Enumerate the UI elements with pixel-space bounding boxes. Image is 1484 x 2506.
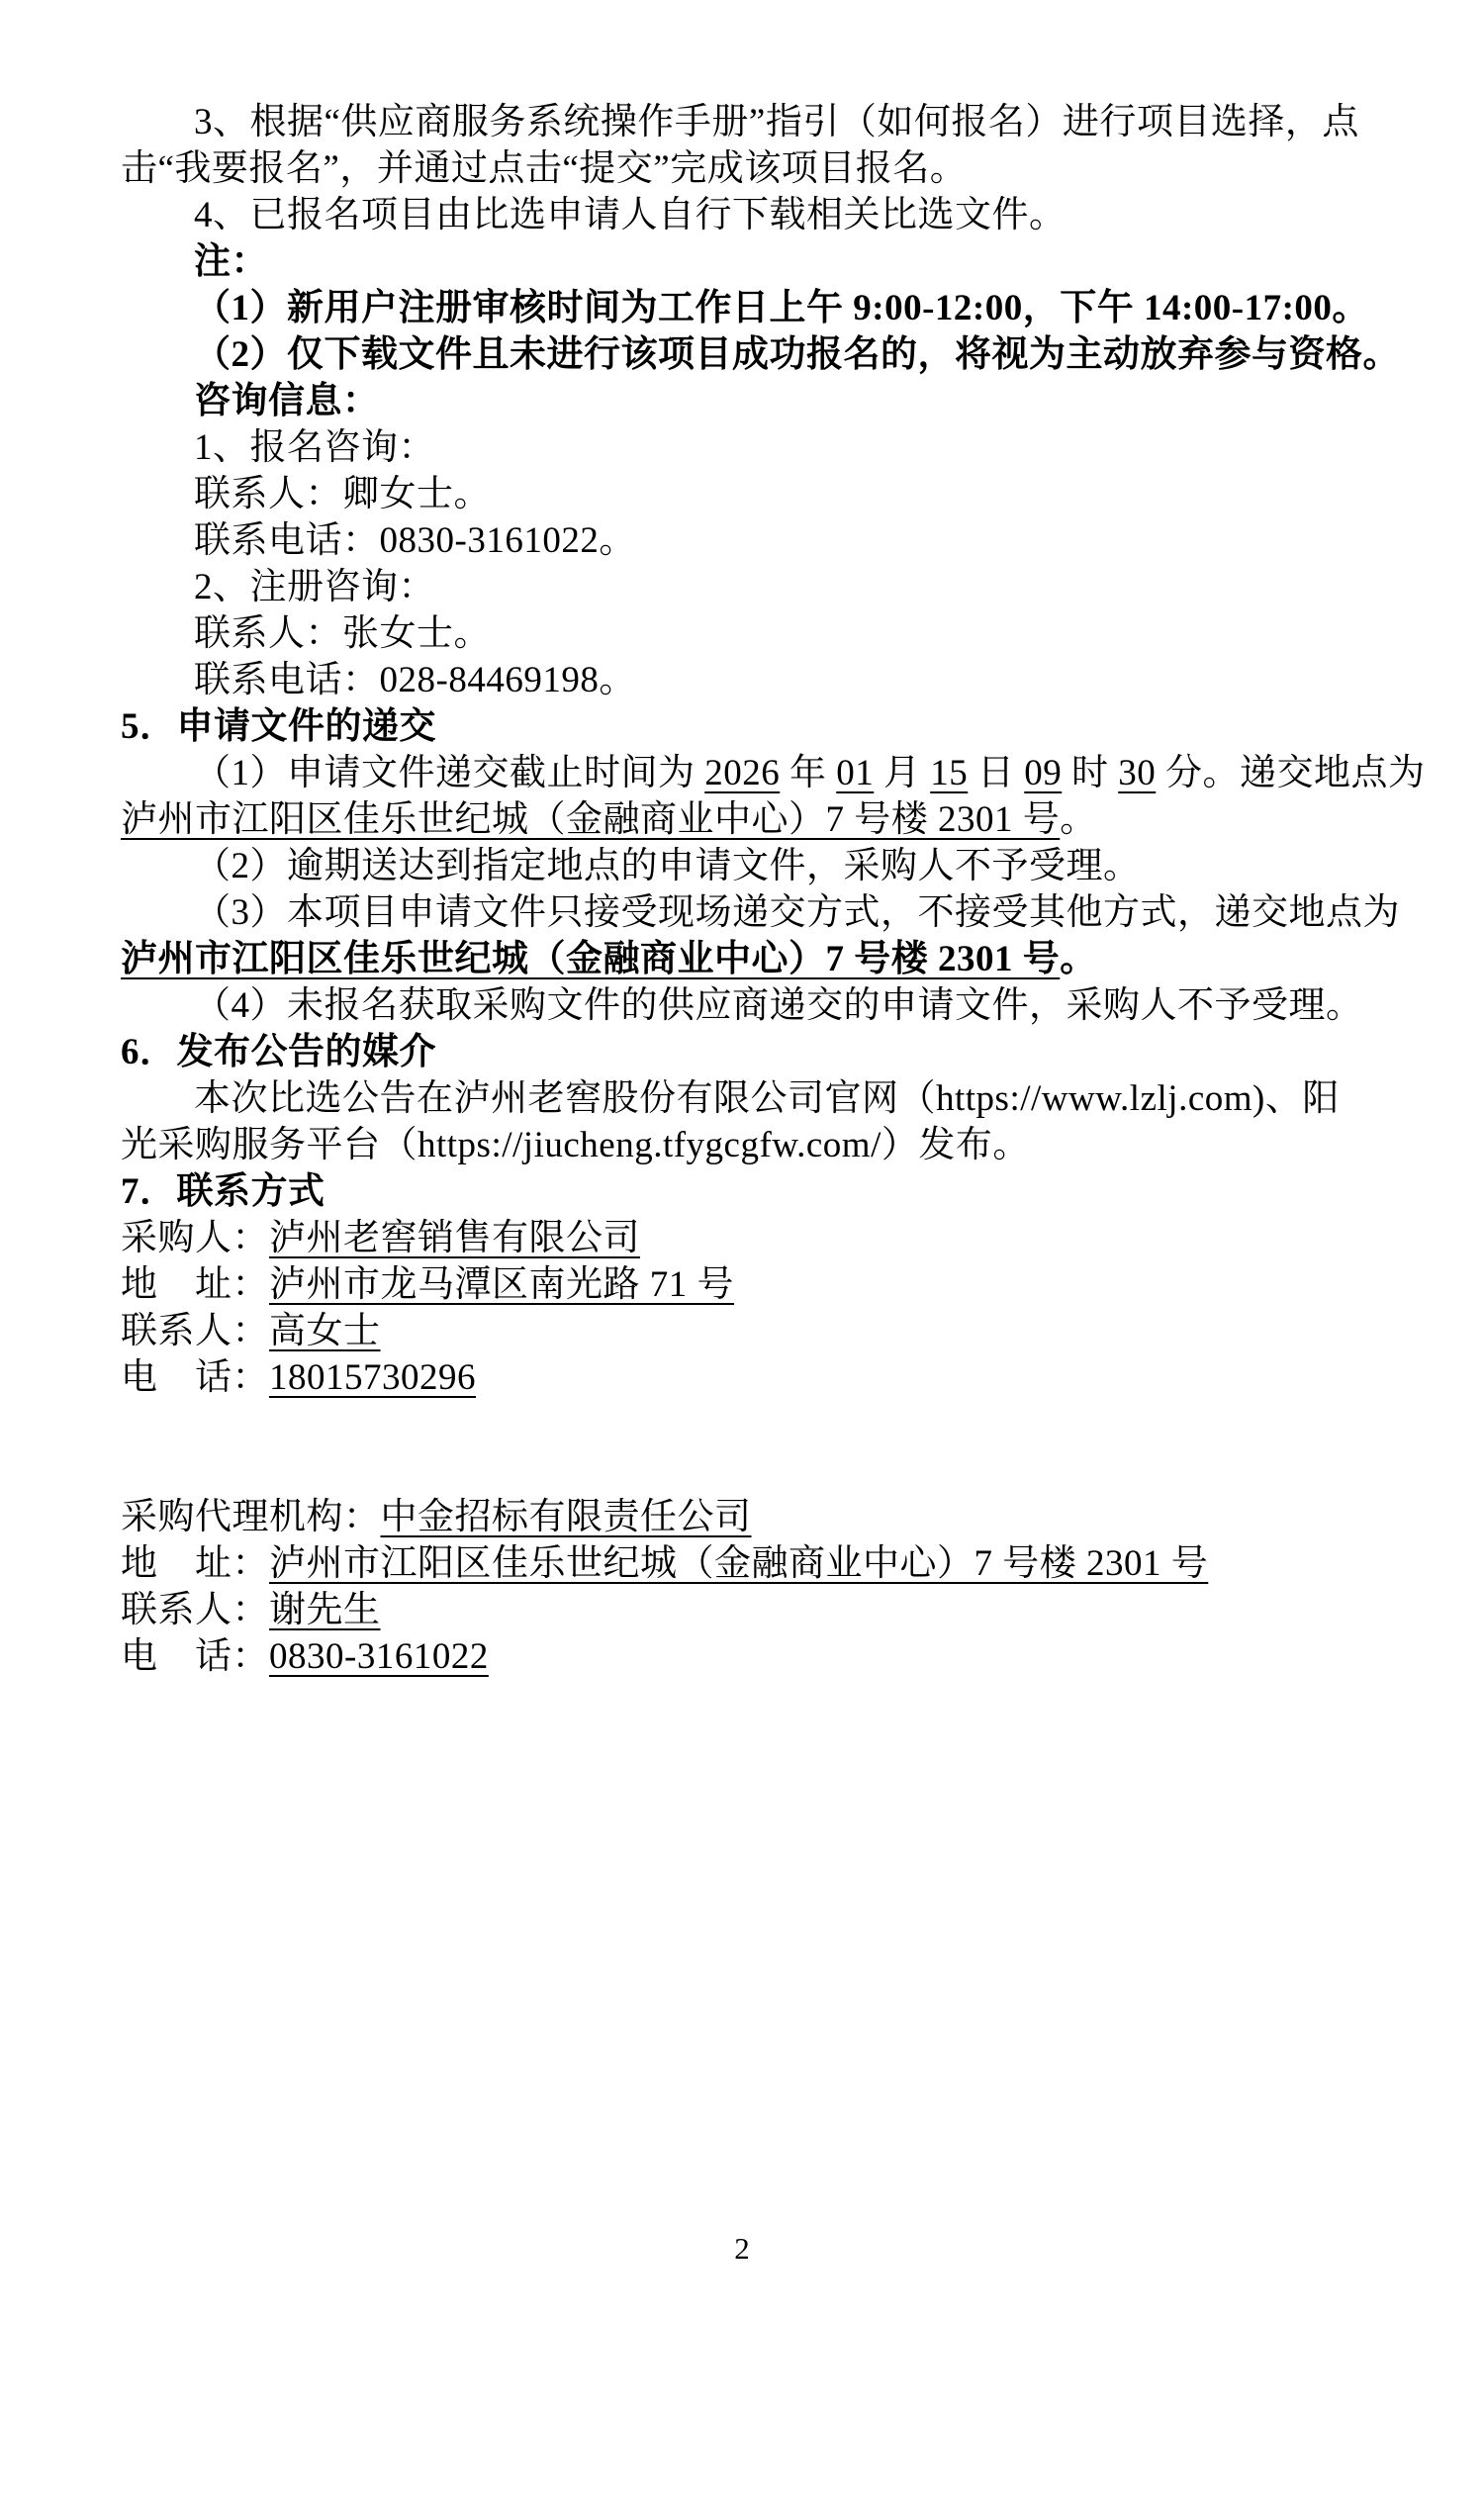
section-6-body-line-2: 光采购服务平台（https://jiucheng.tfygcgfw.com/）发…: [121, 1122, 1397, 1168]
text-segment: 光采购服务平台（https://jiucheng.tfygcgfw.com/）发…: [121, 1125, 1030, 1165]
note-2: （2）仅下载文件且未进行该项目成功报名的，将视为主动放弃参与资格。: [121, 331, 1397, 378]
section-5-item-3-line-1: （3）本项目申请文件只接受现场递交方式，不接受其他方式，递交地点为: [121, 889, 1397, 936]
text-segment: （2）逾期送达到指定地点的申请文件，采购人不予受理。: [194, 846, 1141, 886]
text-segment: 采购代理机构：: [121, 1497, 381, 1537]
note-1: （1）新用户注册审核时间为工作日上午 9:00-12:00，下午 14:00-1…: [121, 285, 1397, 331]
underlined-text-segment: 中金招标有限责任公司: [381, 1497, 752, 1537]
text-segment: 电 话：: [121, 1357, 269, 1398]
consult-1-contact: 联系人：卿女士。: [121, 471, 1397, 517]
text-segment: 咨询信息：: [194, 381, 380, 421]
text-segment: 注：: [194, 241, 268, 282]
consult-1-phone: 联系电话：0830-3161022。: [121, 517, 1397, 564]
agency-contact: 联系人：谢先生: [121, 1587, 1397, 1633]
text-segment: 联系电话：0830-3161022。: [194, 520, 636, 561]
text-segment: 月: [874, 753, 930, 793]
underlined-text-segment: 泸州市江阳区佳乐世纪城（金融商业中心）7 号楼 2301 号: [121, 799, 1060, 840]
consult-2-title: 2、注册咨询：: [121, 564, 1397, 610]
note-label: 注：: [121, 238, 1397, 285]
text-segment: （3）本项目申请文件只接受现场递交方式，不接受其他方式，递交地点为: [194, 892, 1400, 933]
section-5-item-4: （4）未报名获取采购文件的供应商递交的申请文件，采购人不予受理。: [121, 982, 1397, 1029]
text-segment: 电 话：: [121, 1636, 269, 1677]
text-segment: 采购人：: [121, 1218, 269, 1258]
text-segment: 联系人：张女士。: [194, 613, 491, 654]
text-segment: 4、已报名项目由比选申请人自行下载相关比选文件。: [194, 195, 1067, 235]
text-segment: 。: [1060, 939, 1097, 979]
text-segment: （4）未报名获取采购文件的供应商递交的申请文件，采购人不予受理。: [194, 985, 1363, 1026]
purchaser-name: 采购人：泸州老窖销售有限公司: [121, 1215, 1397, 1261]
text-segment: 击“我要报名”，并通过点击“提交”完成该项目报名。: [121, 148, 967, 189]
section-7-heading: 7．联系方式: [121, 1168, 1397, 1215]
section-5-item-1-line-2: 泸州市江阳区佳乐世纪城（金融商业中心）7 号楼 2301 号。: [121, 796, 1397, 843]
underlined-text-segment: 18015730296: [269, 1357, 476, 1398]
underlined-text-segment: 泸州市江阳区佳乐世纪城（金融商业中心）7 号楼 2301 号: [121, 939, 1060, 979]
text-segment: 联系人：: [121, 1311, 269, 1351]
purchaser-phone: 电 话：18015730296: [121, 1354, 1397, 1401]
text-segment: 地 址：: [121, 1264, 269, 1305]
text-segment: 。: [1060, 799, 1097, 840]
underlined-text-segment: 0830-3161022: [269, 1636, 489, 1677]
text-segment: 6．发布公告的媒介: [121, 1032, 436, 1072]
text-segment: （2）仅下载文件且未进行该项目成功报名的，将视为主动放弃参与资格。: [194, 334, 1400, 375]
text-segment: 年: [780, 753, 836, 793]
consult-2-contact: 联系人：张女士。: [121, 610, 1397, 657]
section-6-heading: 6．发布公告的媒介: [121, 1029, 1397, 1075]
section-6-body-line-1: 本次比选公告在泸州老窖股份有限公司官网（https://www.lzlj.com…: [121, 1075, 1397, 1122]
text-segment: 时: [1062, 753, 1118, 793]
text-segment: 本次比选公告在泸州老窖股份有限公司官网（https://www.lzlj.com…: [194, 1078, 1340, 1119]
underlined-text-segment: 高女士: [269, 1311, 381, 1351]
underlined-text-segment: 15: [930, 753, 968, 793]
section-5-item-1-line-1: （1）申请文件递交截止时间为 2026 年 01 月 15 日 09 时 30 …: [121, 750, 1397, 796]
text-segment: 联系人：: [121, 1590, 269, 1630]
underlined-text-segment: 谢先生: [269, 1590, 381, 1630]
purchaser-contact: 联系人：高女士: [121, 1308, 1397, 1354]
underlined-text-segment: 泸州老窖销售有限公司: [269, 1218, 640, 1258]
text-segment: 2、注册咨询：: [194, 567, 435, 607]
text-segment: 分。递交地点为: [1156, 753, 1425, 793]
consult-1-title: 1、报名咨询：: [121, 424, 1397, 471]
document-body: 3、根据“供应商服务系统操作手册”指引（如何报名）进行项目选择，点击“我要报名”…: [121, 99, 1397, 1680]
document-page: 3、根据“供应商服务系统操作手册”指引（如何报名）进行项目选择，点击“我要报名”…: [0, 0, 1484, 2506]
text-segment: 联系电话：028-84469198。: [194, 660, 636, 700]
page-number: 2: [0, 2229, 1484, 2269]
section-5-heading: 5．申请文件的递交: [121, 703, 1397, 750]
text-segment: 7．联系方式: [121, 1171, 325, 1212]
text-segment: 3、根据“供应商服务系统操作手册”指引（如何报名）进行项目选择，点: [194, 102, 1359, 142]
agency-address: 地 址：泸州市江阳区佳乐世纪城（金融商业中心）7 号楼 2301 号: [121, 1540, 1397, 1587]
consult-info-label: 咨询信息：: [121, 378, 1397, 424]
consult-2-phone: 联系电话：028-84469198。: [121, 657, 1397, 703]
para-3-line-2: 击“我要报名”，并通过点击“提交”完成该项目报名。: [121, 145, 1397, 192]
agency-phone: 电 话：0830-3161022: [121, 1633, 1397, 1680]
text-segment: 日: [968, 753, 1024, 793]
para-3-line-1: 3、根据“供应商服务系统操作手册”指引（如何报名）进行项目选择，点: [121, 99, 1397, 145]
text-segment: 联系人：卿女士。: [194, 474, 491, 514]
text-segment: 1、报名咨询：: [194, 427, 435, 468]
purchaser-address: 地 址：泸州市龙马潭区南光路 71 号: [121, 1261, 1397, 1308]
underlined-text-segment: 泸州市江阳区佳乐世纪城（金融商业中心）7 号楼 2301 号: [269, 1543, 1208, 1584]
blank-line: [121, 1447, 1397, 1494]
text-segment: 地 址：: [121, 1543, 269, 1584]
underlined-text-segment: 泸州市龙马潭区南光路 71 号: [269, 1264, 734, 1305]
underlined-text-segment: 01: [836, 753, 874, 793]
blank-line: [121, 1401, 1397, 1447]
text-segment: （1）新用户注册审核时间为工作日上午 9:00-12:00，下午 14:00-1…: [194, 288, 1369, 328]
section-5-item-3-line-2: 泸州市江阳区佳乐世纪城（金融商业中心）7 号楼 2301 号。: [121, 936, 1397, 982]
underlined-text-segment: 09: [1024, 753, 1062, 793]
underlined-text-segment: 30: [1118, 753, 1156, 793]
section-5-item-2: （2）逾期送达到指定地点的申请文件，采购人不予受理。: [121, 843, 1397, 889]
para-4: 4、已报名项目由比选申请人自行下载相关比选文件。: [121, 192, 1397, 238]
agency-name: 采购代理机构：中金招标有限责任公司: [121, 1494, 1397, 1540]
text-segment: （1）申请文件递交截止时间为: [194, 753, 704, 793]
text-segment: 5．申请文件的递交: [121, 706, 436, 747]
underlined-text-segment: 2026: [704, 753, 780, 793]
